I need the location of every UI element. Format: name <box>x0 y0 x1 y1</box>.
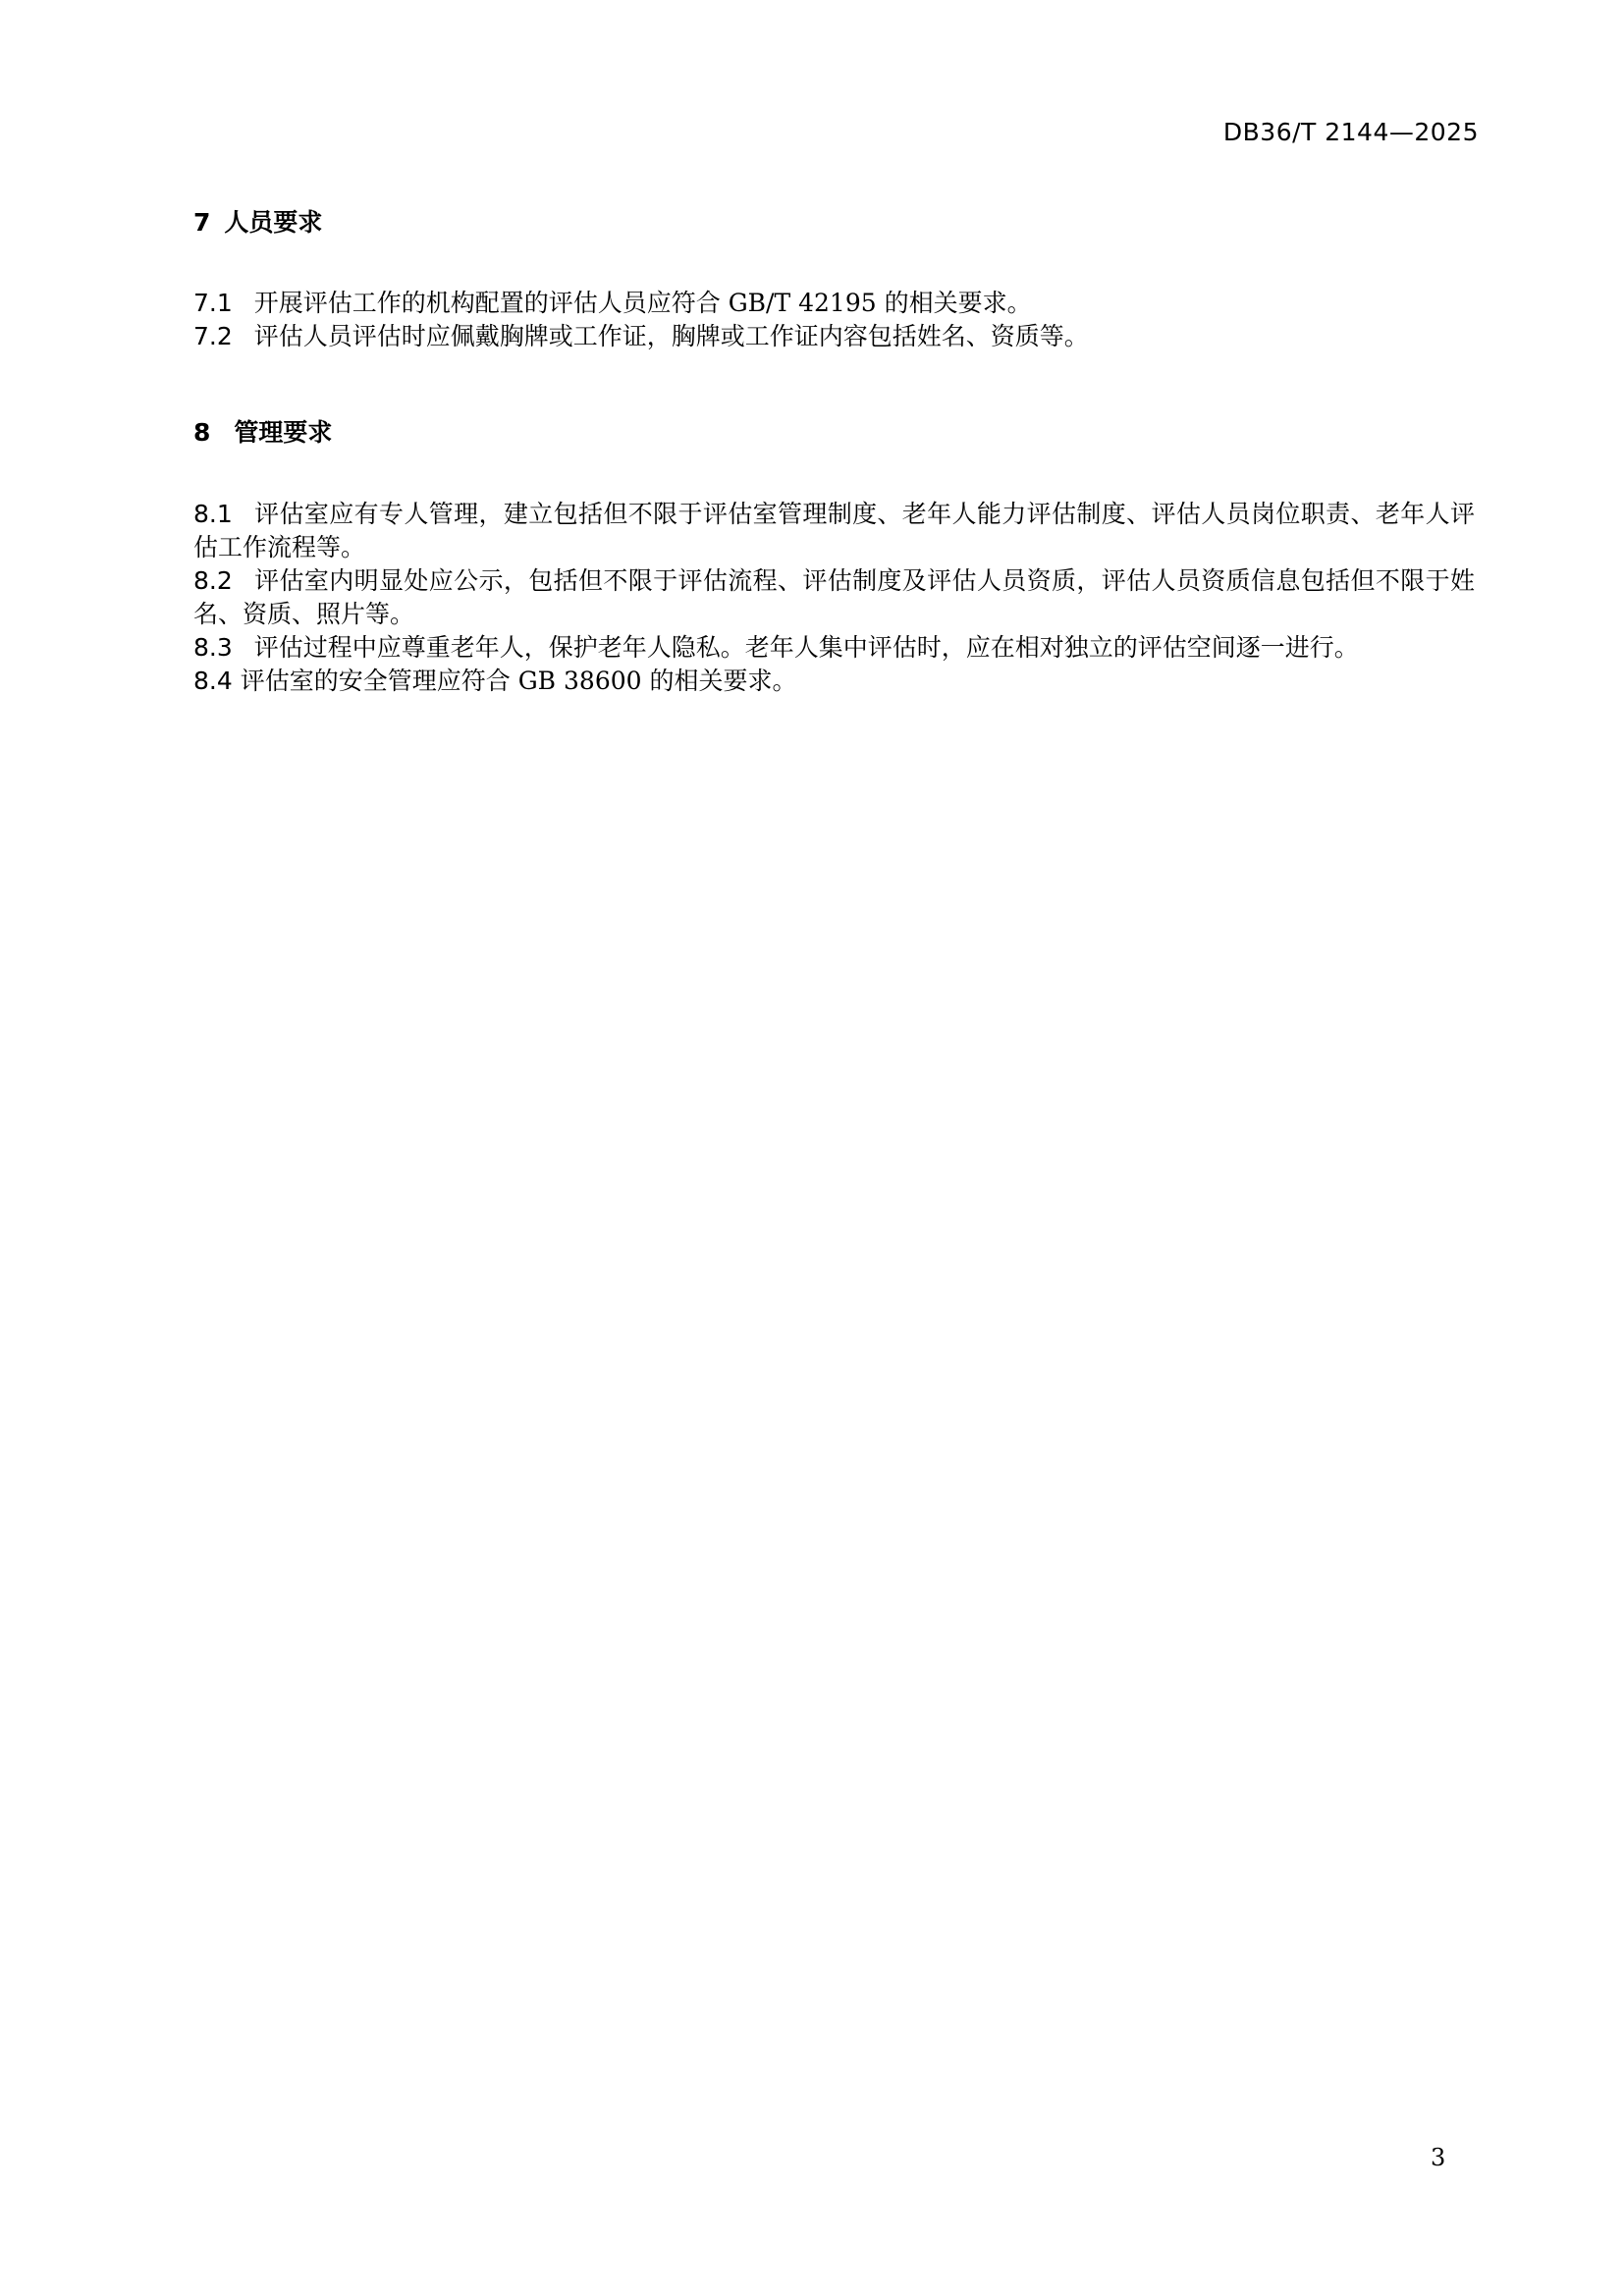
clause-7-2: 7.2评估人员评估时应佩戴胸牌或工作证，胸牌或工作证内容包括姓名、资质等。 <box>193 320 1475 353</box>
clause-number: 8.2 <box>193 566 233 595</box>
clause-8-2: 8.2评估室内明显处应公示，包括但不限于评估流程、评估制度及评估人员资质，评估人… <box>193 564 1475 631</box>
section-7-clauses: 7.1开展评估工作的机构配置的评估人员应符合 GB/T 42195 的相关要求。… <box>193 287 1475 353</box>
clause-number: 8.3 <box>193 633 233 662</box>
section-8-heading: 8管理要求 <box>193 413 332 449</box>
page-number: 3 <box>1431 2144 1445 2171</box>
clause-text: 评估过程中应尊重老年人，保护老年人隐私。老年人集中评估时，应在相对独立的评估空间… <box>254 633 1359 662</box>
section-8-clauses: 8.1评估室应有专人管理，建立包括但不限于评估室管理制度、老年人能力评估制度、评… <box>193 498 1475 698</box>
section-number: 8 <box>193 418 210 447</box>
clause-text: 评估室的安全管理应符合 GB 38600 的相关要求。 <box>241 667 797 695</box>
clause-text: 评估室内明显处应公示，包括但不限于评估流程、评估制度及评估人员资质，评估人员资质… <box>193 566 1475 628</box>
clause-number: 8.1 <box>193 500 233 528</box>
clause-number: 7.2 <box>193 322 233 350</box>
section-number: 7 <box>193 208 210 237</box>
section-title: 管理要求 <box>234 418 332 447</box>
clause-number: 8.4 <box>193 667 233 695</box>
clause-text: 评估室应有专人管理，建立包括但不限于评估室管理制度、老年人能力评估制度、评估人员… <box>193 500 1475 561</box>
clause-8-1: 8.1评估室应有专人管理，建立包括但不限于评估室管理制度、老年人能力评估制度、评… <box>193 498 1475 564</box>
clause-text: 开展评估工作的机构配置的评估人员应符合 GB/T 42195 的相关要求。 <box>254 289 1032 317</box>
clause-8-4: 8.4评估室的安全管理应符合 GB 38600 的相关要求。 <box>193 665 1475 698</box>
clause-8-3: 8.3评估过程中应尊重老年人，保护老年人隐私。老年人集中评估时，应在相对独立的评… <box>193 631 1475 665</box>
section-7-heading: 7人员要求 <box>193 203 322 239</box>
section-title: 人员要求 <box>224 208 322 237</box>
clause-text: 评估人员评估时应佩戴胸牌或工作证，胸牌或工作证内容包括姓名、资质等。 <box>254 322 1089 350</box>
clause-7-1: 7.1开展评估工作的机构配置的评估人员应符合 GB/T 42195 的相关要求。 <box>193 287 1475 320</box>
standard-code-header: DB36/T 2144—2025 <box>1223 118 1479 146</box>
clause-number: 7.1 <box>193 289 233 317</box>
